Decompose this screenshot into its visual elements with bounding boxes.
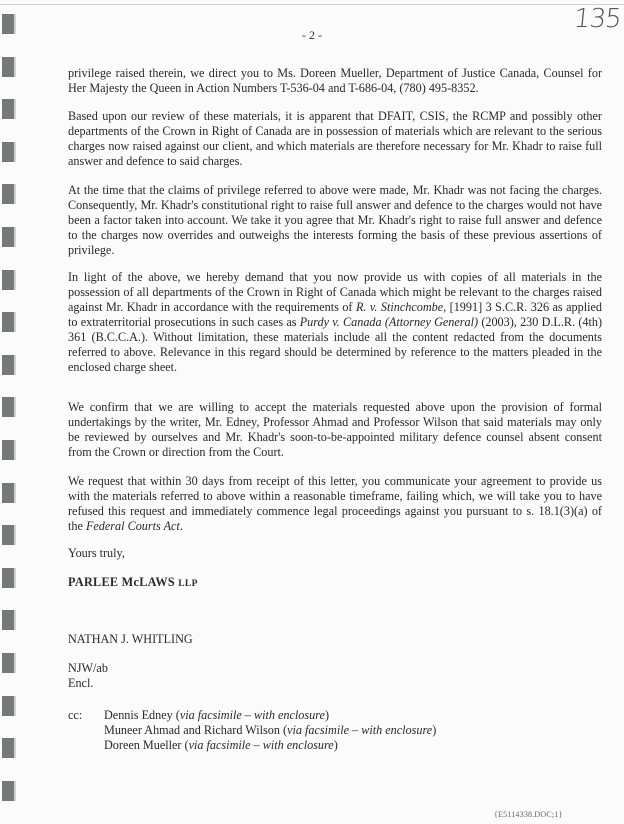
cc-label: cc:	[68, 708, 82, 723]
document-reference: {E5114338.DOC;1}	[494, 810, 563, 819]
punch-mark	[2, 99, 16, 119]
enclosure-note: Encl.	[68, 676, 93, 691]
punch-mark	[2, 483, 16, 503]
punch-mark	[2, 142, 16, 162]
firm-name: PARLEE McLAWS LLP	[68, 575, 198, 592]
scan-top-edge	[0, 4, 624, 5]
punch-mark	[2, 738, 16, 758]
punch-mark	[2, 270, 16, 290]
paragraph-deadline: We request that within 30 days from rece…	[68, 474, 602, 534]
punch-mark	[2, 57, 16, 77]
paragraph-demand: In light of the above, we hereby demand …	[68, 270, 602, 375]
case-citation-stinchcombe: R. v. Stinchcombe	[356, 300, 443, 314]
paragraph-privilege-claims: At the time that the claims of privilege…	[68, 183, 602, 258]
punch-mark	[2, 568, 16, 588]
case-citation-purdy: Purdy v. Canada (Attorney General)	[300, 315, 478, 329]
punch-mark	[2, 525, 16, 545]
cc-item: Muneer Ahmad and Richard Wilson (via fac…	[104, 723, 436, 738]
signatory-name: NATHAN J. WHITLING	[68, 632, 193, 647]
paragraph-materials-review: Based upon our review of these materials…	[68, 109, 602, 169]
punch-mark	[2, 355, 16, 375]
punch-mark	[2, 781, 16, 801]
punch-mark	[2, 653, 16, 673]
cc-list: Dennis Edney (via facsimile – with enclo…	[104, 708, 436, 753]
paragraph-undertakings: We confirm that we are willing to accept…	[68, 400, 602, 460]
typist-initials: NJW/ab	[68, 661, 108, 676]
paragraph-privilege-contact: privilege raised therein, we direct you …	[68, 66, 602, 96]
punch-mark	[2, 227, 16, 247]
punch-mark	[2, 610, 16, 630]
punch-mark	[2, 440, 16, 460]
page-number: - 2 -	[0, 28, 624, 43]
punch-mark	[2, 696, 16, 716]
closing: Yours truly,	[68, 546, 125, 561]
cc-item: Dennis Edney (via facsimile – with enclo…	[104, 708, 436, 723]
punch-mark	[2, 312, 16, 332]
statute-federal-courts-act: Federal Courts Act	[86, 519, 180, 533]
punch-mark	[2, 184, 16, 204]
cc-item: Doreen Mueller (via facsimile – with enc…	[104, 738, 436, 753]
punch-mark	[2, 397, 16, 417]
